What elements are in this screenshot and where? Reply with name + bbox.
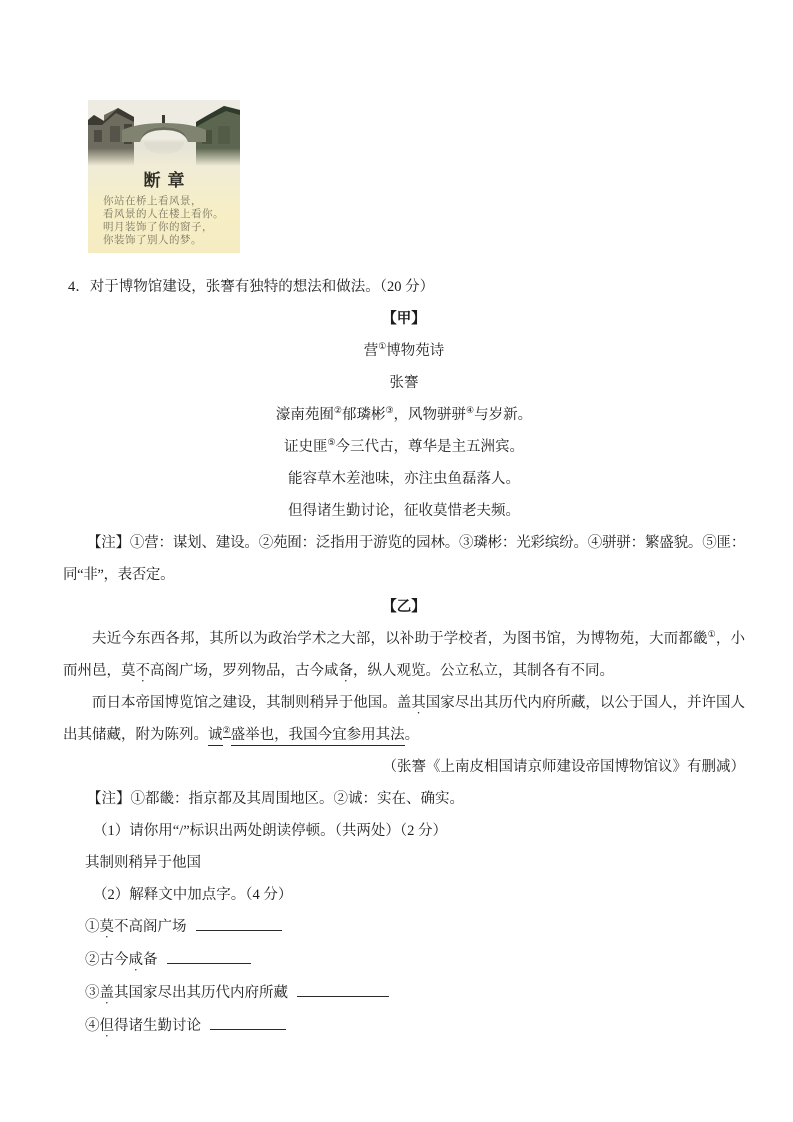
q2-item: ②古今咸备 (63, 944, 745, 977)
jia-poem-title: 营①博物苑诗 (63, 335, 745, 367)
photo-fade (88, 148, 240, 166)
figure-poem-line: 你装饰了别人的梦。 (103, 234, 240, 247)
section-yi-header: 【乙】 (63, 591, 745, 623)
q2-item-text: ①莫不高阁广场 (85, 919, 187, 935)
bridge-photo-illustration (88, 100, 240, 166)
figure-poem-line: 明月装饰了你的窗子， (103, 221, 240, 234)
jia-poem-line: 证史匪⑤今三代古，尊华是主五洲宾。 (63, 431, 745, 463)
q2-item: ①莫不高阁广场 (63, 911, 745, 944)
jia-poem-line: 能容草木差池味，亦注虫鱼磊落人。 (63, 463, 745, 495)
person-on-bridge-icon (162, 115, 165, 123)
figure-poem-title: 断章 (88, 170, 240, 192)
q2-item: ④但得诸生勤讨论 (63, 1010, 745, 1043)
q2-item-text: ③盖其国家尽出其历代内府所藏 (85, 985, 288, 1001)
poem-figure: 断章 你站在桥上看风景， 看风景的人在楼上看你。 明月装饰了你的窗子， 你装饰了… (88, 100, 240, 253)
q2-item-text: ②古今咸备 (85, 952, 158, 968)
page-content: 断章 你站在桥上看风景， 看风景的人在楼上看你。 明月装饰了你的窗子， 你装饰了… (0, 100, 793, 1043)
figure-poem-line: 你站在桥上看风景， (103, 195, 240, 208)
answer-blank[interactable] (210, 1015, 286, 1030)
q1-label: （1）请你用“/”标识出两处朗读停顿。（共两处）（2 分） (63, 815, 745, 847)
yi-notes: 【注】①都畿：指京都及其周围地区。②诚：实在、确实。 (63, 783, 745, 815)
answer-blank[interactable] (297, 982, 389, 997)
figure-poem-line: 看风景的人在楼上看你。 (103, 208, 240, 221)
figure-poem-lines: 你站在桥上看风景， 看风景的人在楼上看你。 明月装饰了你的窗子， 你装饰了别人的… (88, 192, 240, 247)
jia-poem-line: 但得诸生勤讨论，征收莫惜老夫频。 (63, 495, 745, 527)
exam-page: 断章 你站在桥上看风景， 看风景的人在楼上看你。 明月装饰了你的窗子， 你装饰了… (0, 0, 793, 1122)
source-attribution: （张謇《上南皮相国请京师建设帝国博物馆议》有删减） (63, 751, 745, 783)
section-jia-header: 【甲】 (63, 303, 745, 335)
answer-blank[interactable] (167, 949, 251, 964)
yi-paragraph-1: 夫近今东西各邦，其所以为政治学术之大部，以补助于学校者，为图书馆，为博物苑，大而… (63, 623, 745, 687)
q2-item-text: ④但得诸生勤讨论 (85, 1018, 201, 1034)
answer-blank[interactable] (196, 916, 282, 931)
question-4-stem: 4．对于博物馆建设，张謇有独特的想法和做法。（20 分） (63, 271, 745, 303)
jia-notes: 【注】①营：谋划、建设。②苑囿：泛指用于游览的园林。③璘彬：光彩缤纷。④骈骈：繁… (63, 527, 745, 591)
jia-poem-author: 张謇 (63, 367, 745, 399)
yi-paragraph-2: 而日本帝国博览馆之建设，其制则稍异于他国。盖其国家尽出其历代内府所藏，以公于国人… (63, 687, 745, 751)
q1-sentence: 其制则稍异于他国 (63, 847, 745, 879)
q2-item: ③盖其国家尽出其历代内府所藏 (63, 977, 745, 1010)
jia-poem-line: 濠南苑囿②郁璘彬③，风物骈骈④与岁新。 (63, 399, 745, 431)
q2-label: （2）解释文中加点字。（4 分） (63, 879, 745, 911)
